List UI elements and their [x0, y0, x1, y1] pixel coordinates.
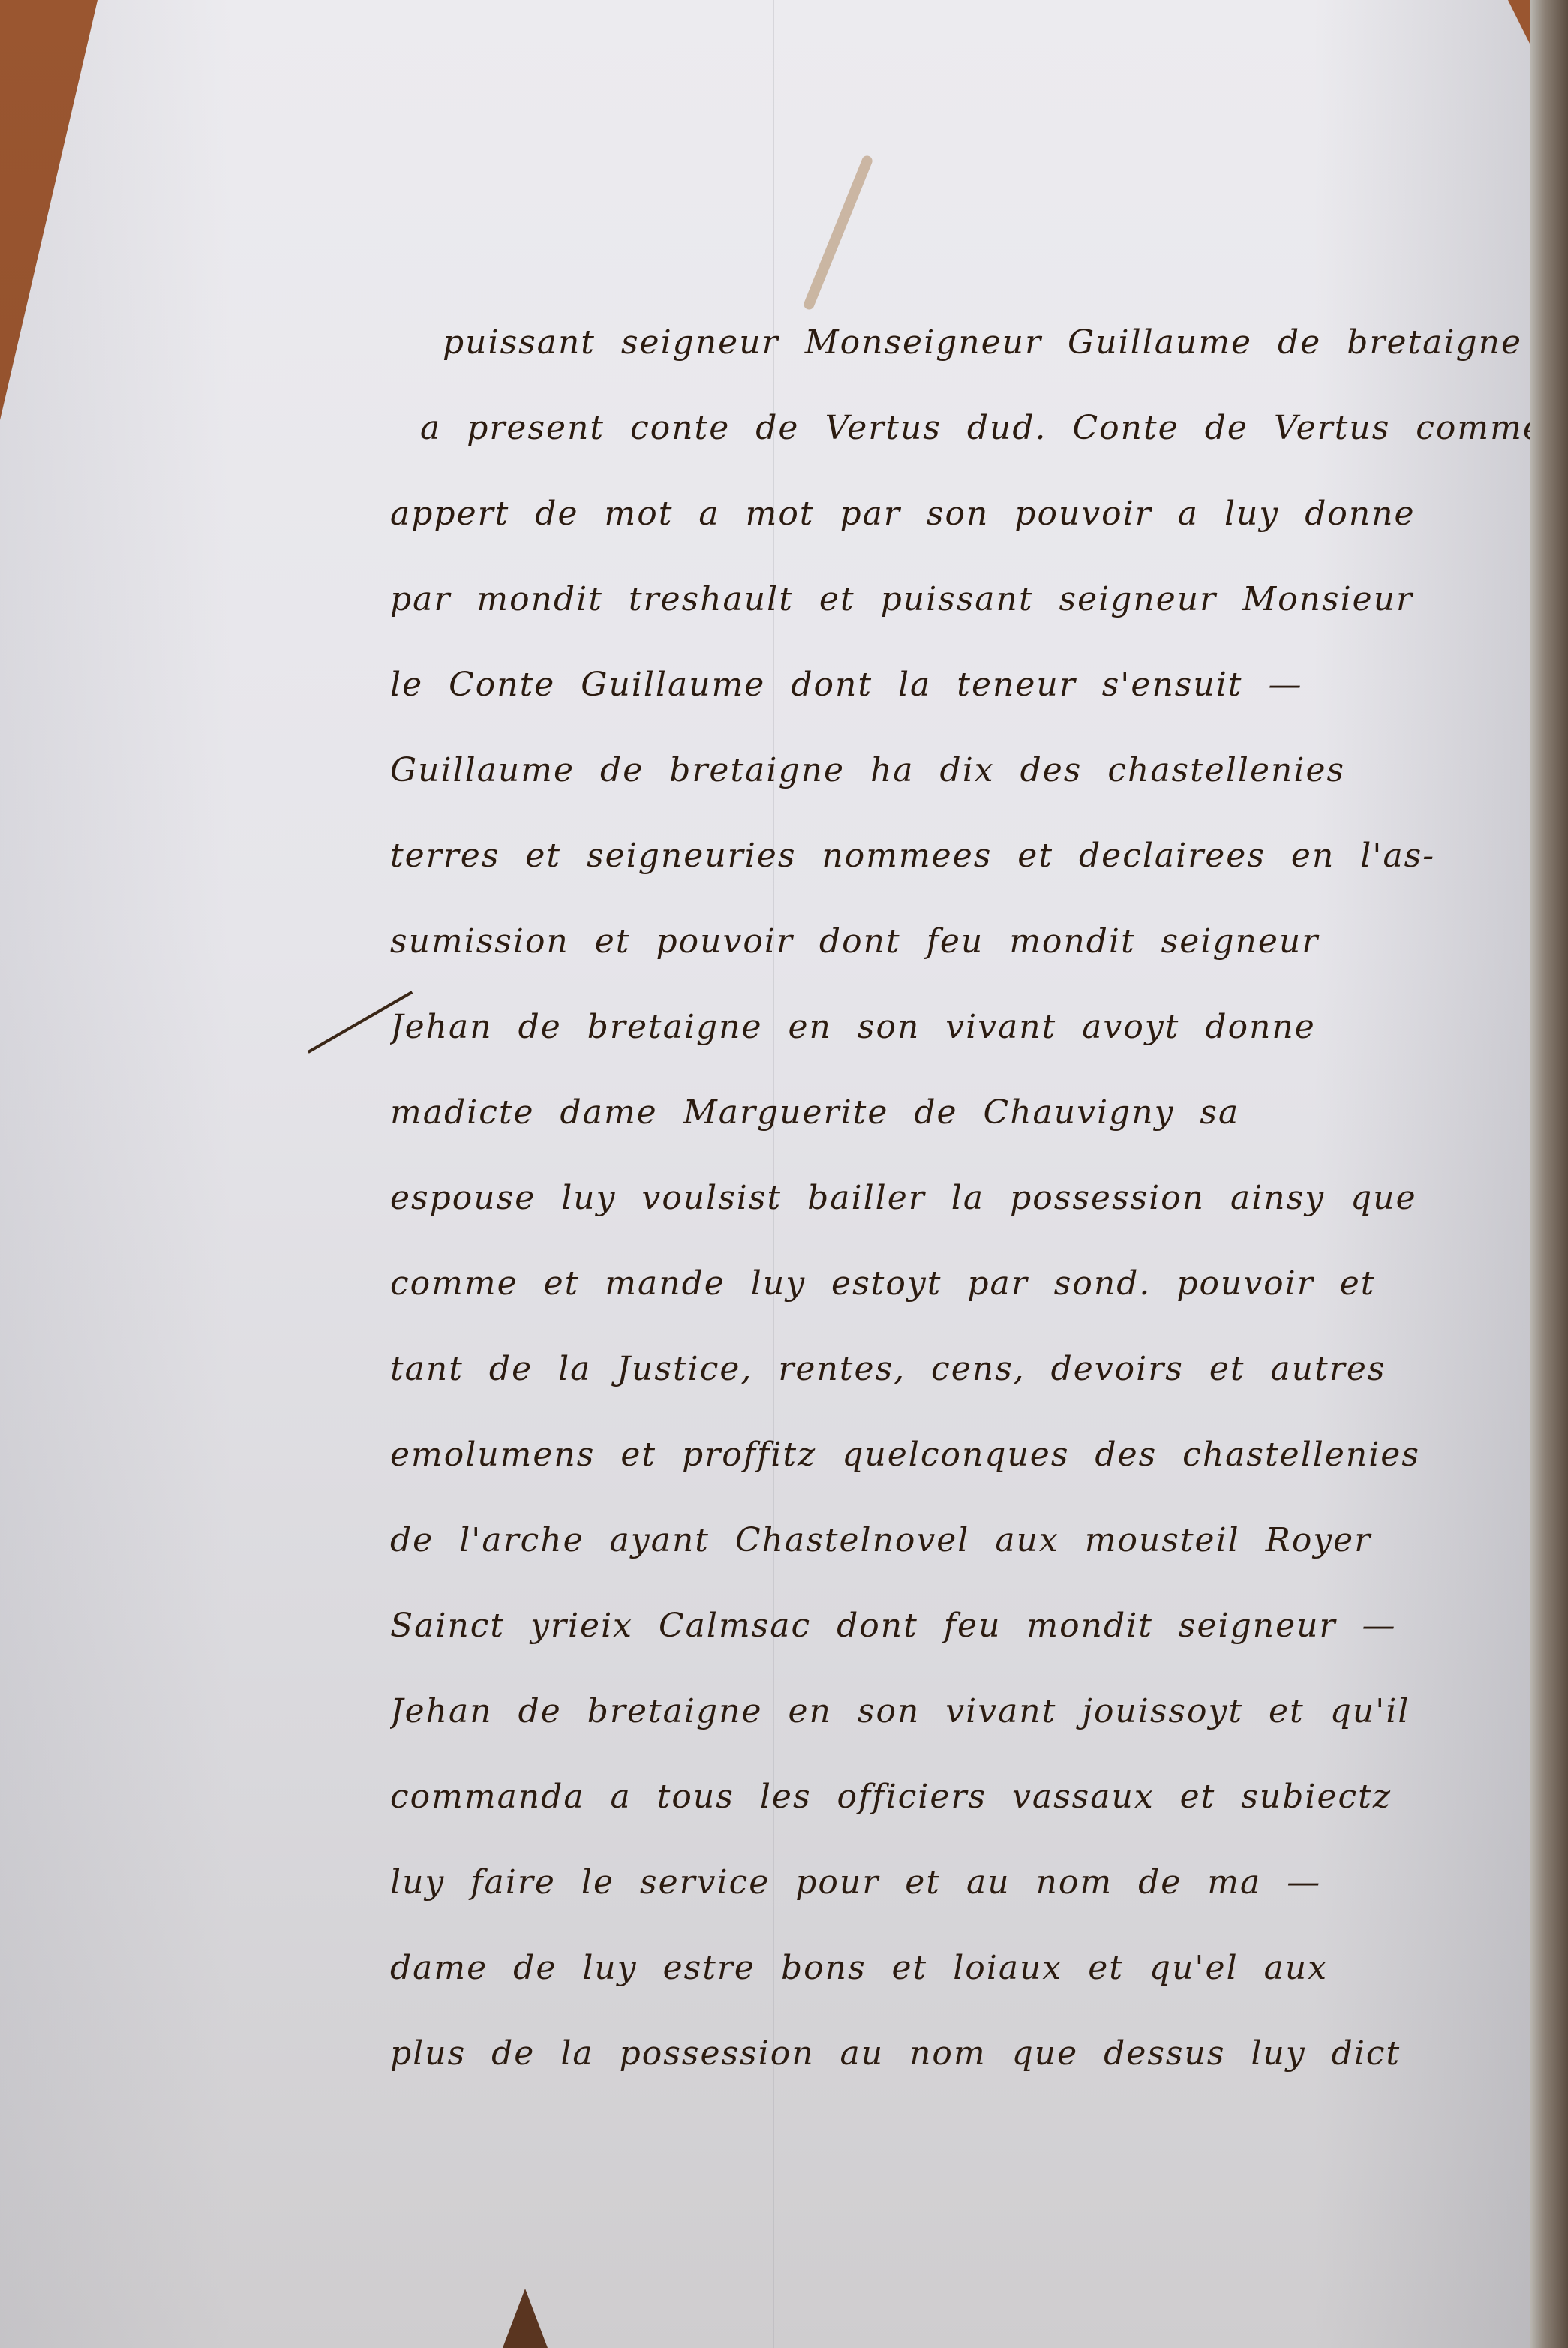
- text-line: plus de la possession au nom que dessus …: [390, 2011, 1530, 2097]
- text-line: a present conte de Vertus dud. Conte de …: [390, 386, 1530, 471]
- text-line: terres et seigneuries nommees et declair…: [390, 813, 1530, 899]
- text-line: appert de mot a mot par son pouvoir a lu…: [390, 471, 1530, 557]
- text-line: Sainct yrieix Calmsac dont feu mondit se…: [390, 1583, 1530, 1669]
- text-line: Jehan de bretaigne en son vivant avoyt d…: [390, 985, 1530, 1070]
- text-line: de l'arche ayant Chastelnovel aux mouste…: [390, 1498, 1530, 1583]
- text-line: madicte dame Marguerite de Chauvigny sa: [390, 1070, 1530, 1156]
- text-line: sumission et pouvoir dont feu mondit sei…: [390, 899, 1530, 985]
- text-line: puissant seigneur Monseigneur Guillaume …: [390, 300, 1530, 386]
- text-line: Guillaume de bretaigne ha dix des chaste…: [390, 728, 1530, 813]
- text-line: comme et mande luy estoyt par sond. pouv…: [390, 1241, 1530, 1327]
- text-line: emolumens et proffitz quelconques des ch…: [390, 1412, 1530, 1498]
- handwritten-text-block: puissant seigneur Monseigneur Guillaume …: [390, 300, 1530, 2097]
- page-tear: [503, 2289, 548, 2348]
- manuscript-page: puissant seigneur Monseigneur Guillaume …: [0, 0, 1545, 2348]
- book-spine-edge: [1530, 0, 1568, 2348]
- text-line: par mondit treshault et puissant seigneu…: [390, 557, 1530, 642]
- text-line: le Conte Guillaume dont la teneur s'ensu…: [390, 642, 1530, 728]
- text-line: luy faire le service pour et au nom de m…: [390, 1840, 1530, 1926]
- text-line: tant de la Justice, rentes, cens, devoir…: [390, 1327, 1530, 1412]
- text-line: commanda a tous les officiers vassaux et…: [390, 1754, 1530, 1840]
- text-line: Jehan de bretaigne en son vivant jouisso…: [390, 1669, 1530, 1754]
- text-line: dame de luy estre bons et loiaux et qu'e…: [390, 1926, 1530, 2011]
- ink-stain: [802, 154, 873, 311]
- text-line: espouse luy voulsist bailler la possessi…: [390, 1156, 1530, 1241]
